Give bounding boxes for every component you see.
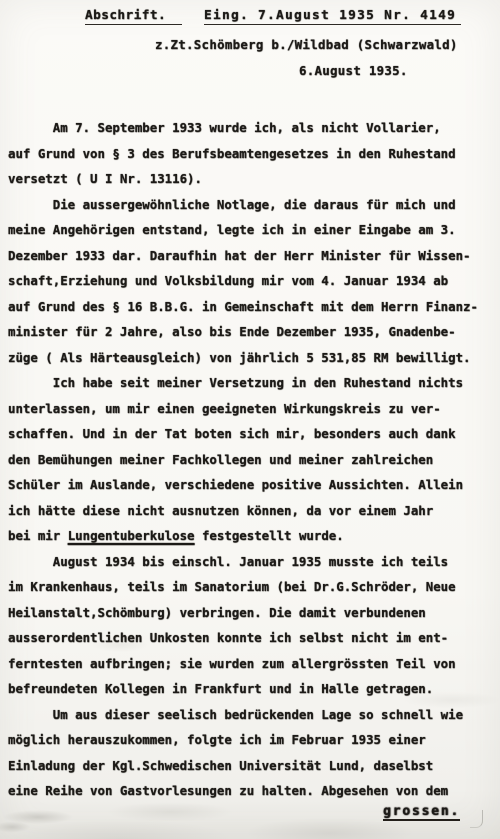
text-line: versetzt ( U I Nr. 13116). — [8, 166, 478, 192]
text-line: Schüler im Auslande, verschiedene positi… — [8, 472, 478, 498]
text-line: auf Grund von § 3 des Berufsbeamtengeset… — [8, 141, 478, 167]
text-line: züge ( Als Härteausgleich) von jährlich … — [8, 345, 478, 371]
page-edge-mark — [470, 810, 483, 828]
catchword: grossen. — [383, 804, 460, 821]
text-line: Dezember 1933 dar. Daraufhin hat der Her… — [8, 243, 478, 269]
text-line: auf Grund des § 16 B.B.G. in Gemeinschaf… — [8, 294, 478, 320]
text-line: Die aussergewöhnliche Notlage, die darau… — [8, 192, 478, 218]
text-line: ausserordentlichen Unkosten konnte ich s… — [8, 625, 478, 651]
letter-body: Am 7. September 1933 wurde ich, als nich… — [8, 115, 478, 804]
receipt-stamp: Eing. 7.August 1935 Nr. 4149 — [204, 8, 461, 25]
paragraph: August 1934 bis einschl. Januar 1935 mus… — [8, 549, 478, 702]
paragraph: Am 7. September 1933 wurde ich, als nich… — [8, 115, 478, 192]
text-line: meine Angehörigen entstand, legte ich in… — [8, 217, 478, 243]
date-line: 6.August 1935. — [299, 63, 408, 78]
text-line: unterlassen, um mir einen geeigneten Wir… — [8, 396, 478, 422]
text-line: minister für 2 Jahre, also bis Ende Deze… — [8, 319, 478, 345]
underlined-term: Lungentuberkulose — [68, 528, 195, 543]
text-line: befreundeten Kollegen in Frankfurt und i… — [8, 676, 478, 702]
text-line: schaffen. Und in der Tat boten sich mir,… — [8, 421, 478, 447]
text-line: möglich herauszukommen, folgte ich im Fe… — [8, 727, 478, 753]
paragraph: Die aussergewöhnliche Notlage, die darau… — [8, 192, 478, 371]
paragraph: Ich habe seit meiner Versetzung in den R… — [8, 370, 478, 549]
paragraph: Um aus dieser seelisch bedrückenden Lage… — [8, 702, 478, 804]
text-line: August 1934 bis einschl. Januar 1935 mus… — [8, 549, 478, 575]
text-line: ferntesten aufbringen; sie wurden zum al… — [8, 651, 478, 677]
text-line: schaft,Erziehung und Volksbildung mir vo… — [8, 268, 478, 294]
text-line: Einladung der Kgl.Schwedischen Universit… — [8, 753, 478, 779]
text-line: Heilanstalt,Schömburg) verbringen. Die d… — [8, 600, 478, 626]
document-page: Abschrift. Eing. 7.August 1935 Nr. 4149 … — [0, 0, 500, 839]
text-line: eine Reihe von Gastvorlesungen zu halten… — [8, 778, 478, 804]
text-line: den Bemühungen meiner Fachkollegen und m… — [8, 447, 478, 473]
location-line: z.Zt.Schömberg b./Wildbad (Schwarzwald) — [155, 37, 458, 52]
text-line: Um aus dieser seelisch bedrückenden Lage… — [8, 702, 478, 728]
copy-label: Abschrift. — [85, 8, 182, 25]
text-line: Ich habe seit meiner Versetzung in den R… — [8, 370, 478, 396]
text-line: im Krankenhaus, teils im Sanatorium (bei… — [8, 574, 478, 600]
text-line: ich hätte diese nicht ausnutzen können, … — [8, 498, 478, 524]
text-line: Am 7. September 1933 wurde ich, als nich… — [8, 115, 478, 141]
text-line: bei mir Lungentuberkulose festgestellt w… — [8, 523, 478, 549]
